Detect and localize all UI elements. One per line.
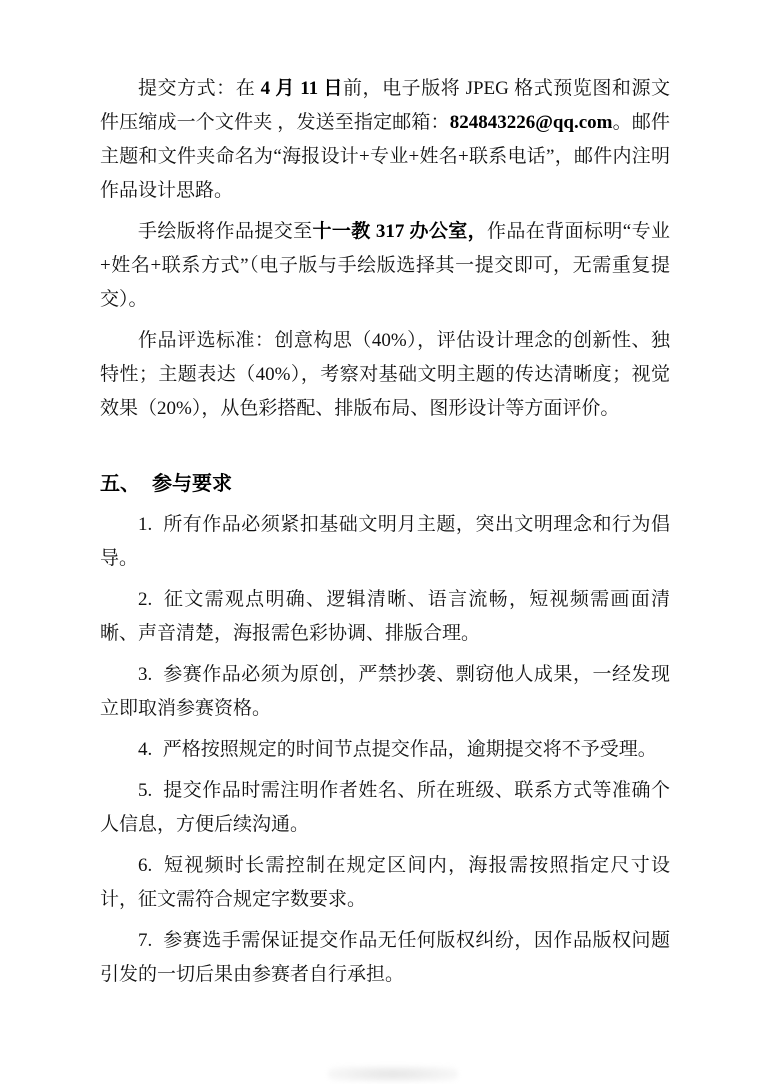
list-item-number: 5.	[138, 780, 152, 801]
list-item-text: 短视频时长需控制在规定区间内，海报需按照指定尺寸设计，征文需符合规定字数要求。	[100, 855, 670, 910]
section-title: 参与要求	[152, 473, 232, 495]
list-item-number: 3.	[138, 664, 152, 685]
document-body: 提交方式：在 4 月 11 日前，电子版将 JPEG 格式预览图和源文件压缩成一…	[100, 72, 670, 999]
section-number: 五、	[100, 473, 140, 495]
text-run: 手绘版将作品提交至	[138, 221, 313, 242]
list-item-6: 6.短视频时长需控制在规定区间内，海报需按照指定尺寸设计，征文需符合规定字数要求…	[100, 849, 670, 917]
list-item-2: 2.征文需观点明确、逻辑清晰、语言流畅，短视频需画面清晰、声音清楚，海报需色彩协…	[100, 583, 670, 651]
list-item-number: 6.	[138, 855, 152, 876]
list-item-text: 参赛作品必须为原创，严禁抄袭、剽窃他人成果，一经发现 立即取消参赛资格。	[100, 664, 670, 719]
list-item-1: 1.所有作品必须紧扣基础文明月主题，突出文明理念和行为倡导。	[100, 508, 670, 576]
list-item-number: 2.	[138, 589, 152, 610]
list-item-7: 7.参赛选手需保证提交作品无任何版权纠纷，因作品版权问题引发的一切后果由参赛者自…	[100, 924, 670, 992]
list-item-number: 7.	[138, 930, 152, 951]
office-location-text: 十一教 317 办公室，	[313, 221, 488, 242]
list-item-text: 提交作品时需注明作者姓名、所在班级、联系方式等准确个人信息，方便后续沟通。	[100, 780, 670, 835]
list-item-5: 5.提交作品时需注明作者姓名、所在班级、联系方式等准确个人信息，方便后续沟通。	[100, 774, 670, 842]
section-heading-participation-requirements: 五、参与要求	[100, 467, 670, 501]
list-item-3: 3.参赛作品必须为原创，严禁抄袭、剽窃他人成果，一经发现 立即取消参赛资格。	[100, 658, 670, 726]
document-page: 提交方式：在 4 月 11 日前，电子版将 JPEG 格式预览图和源文件压缩成一…	[0, 0, 768, 1084]
paragraph-judging-criteria: 作品评选标准：创意构思（40%），评估设计理念的创新性、独特性；主题表达（40%…	[100, 324, 670, 426]
text-run: 作品评选标准：创意构思（40%），评估设计理念的创新性、独特性；主题表达（40%…	[100, 330, 670, 419]
list-item-text: 所有作品必须紧扣基础文明月主题，突出文明理念和行为倡导。	[100, 514, 670, 569]
paragraph-submission-method: 提交方式：在 4 月 11 日前，电子版将 JPEG 格式预览图和源文件压缩成一…	[100, 72, 670, 208]
list-item-number: 1.	[138, 514, 152, 535]
submission-email-text: 824843226@qq.com	[450, 112, 613, 133]
list-item-number: 4.	[138, 739, 152, 760]
list-item-text: 参赛选手需保证提交作品无任何版权纠纷，因作品版权问题引发的一切后果由参赛者自行承…	[100, 930, 670, 985]
paragraph-handdrawn-submission: 手绘版将作品提交至十一教 317 办公室，作品在背面标明“专业+姓名+联系方式”…	[100, 215, 670, 317]
list-item-text: 严格按照规定的时间节点提交作品，逾期提交将不予受理。	[163, 739, 657, 760]
list-item-4: 4.严格按照规定的时间节点提交作品，逾期提交将不予受理。	[100, 733, 670, 767]
deadline-date-text: 4 月 11 日	[261, 78, 343, 99]
text-run: 提交方式：在	[138, 78, 261, 99]
list-item-text: 征文需观点明确、逻辑清晰、语言流畅，短视频需画面清晰、声音清楚，海报需色彩协调、…	[100, 589, 670, 644]
page-bottom-smudge	[328, 1066, 458, 1082]
